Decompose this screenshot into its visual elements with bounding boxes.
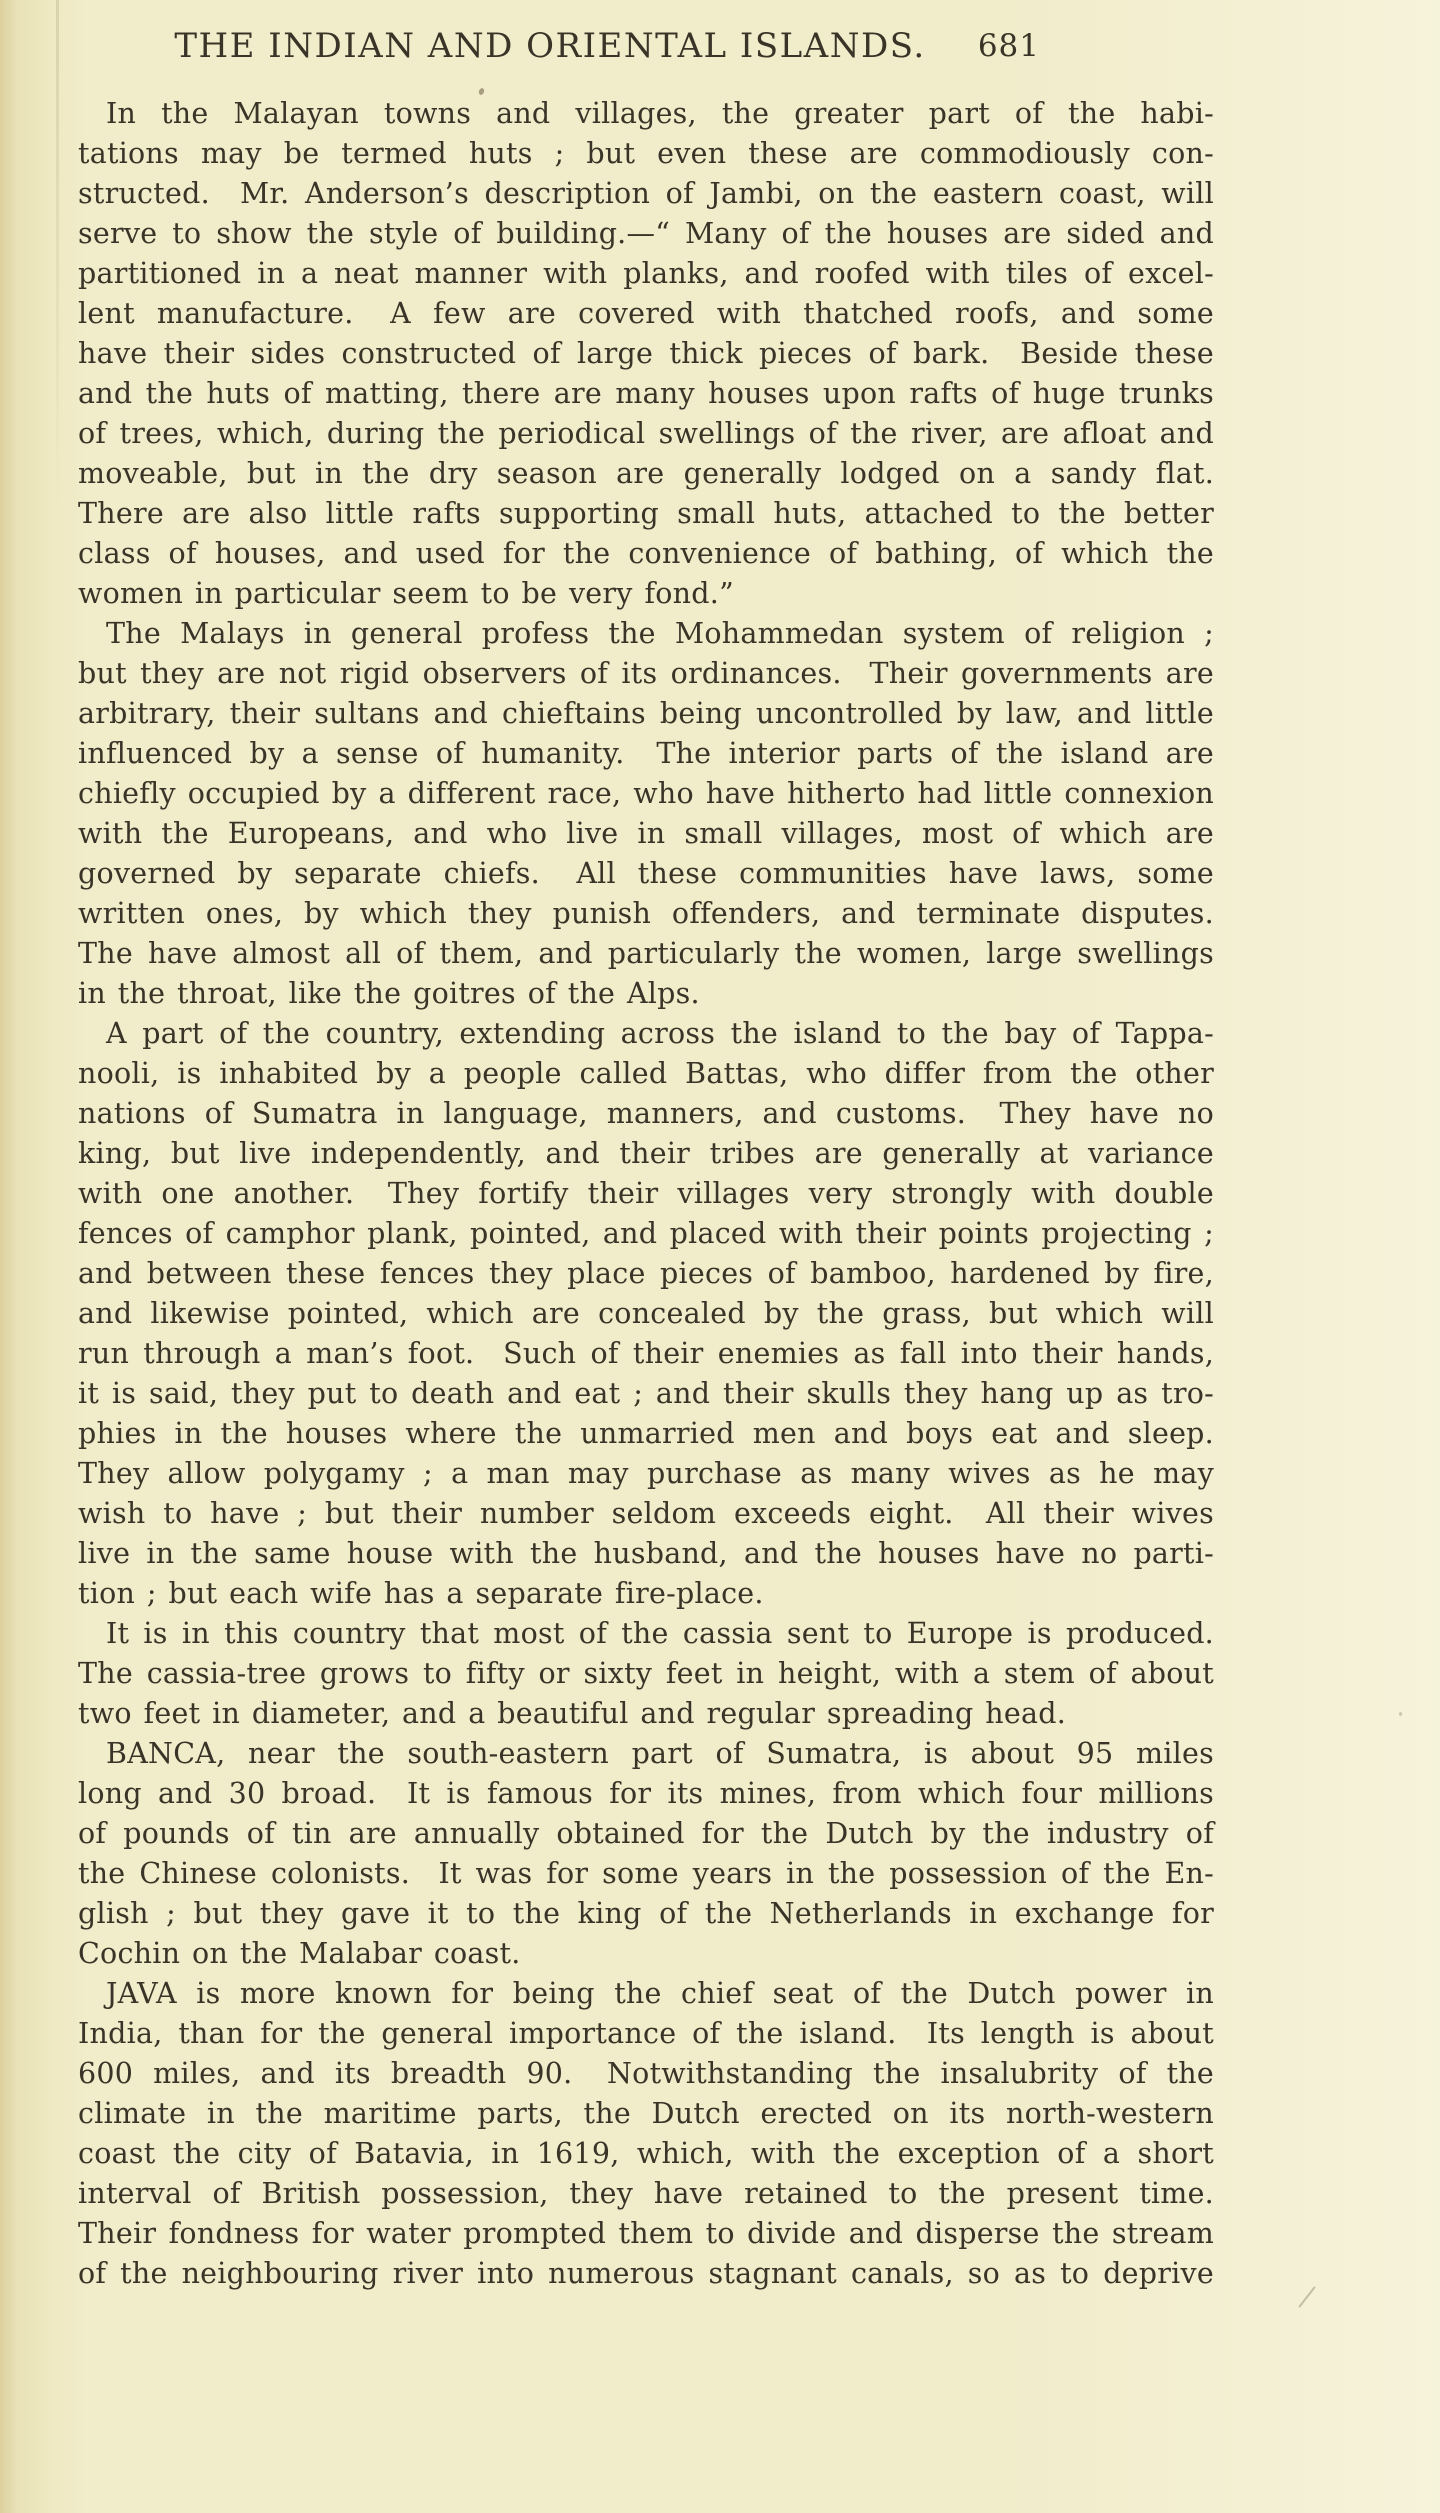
text-line: chiefly occupied by a different race, wh… [78, 774, 1214, 814]
text-line: it is said, they put to death and eat ; … [78, 1374, 1214, 1414]
text-line: in the throat, like the goitres of the A… [78, 974, 1214, 1014]
text-line: have their sides constructed of large th… [78, 334, 1214, 374]
text-line: nations of Sumatra in language, manners,… [78, 1094, 1214, 1134]
text-line: interval of British possession, they hav… [78, 2174, 1214, 2214]
paragraph: In the Malayan towns and villages, the g… [78, 94, 1214, 614]
text-line: Cochin on the Malabar coast. [78, 1934, 1214, 1974]
text-line: with one another. They fortify their vil… [78, 1174, 1214, 1214]
text-line: with the Europeans, and who live in smal… [78, 814, 1214, 854]
text-line: of pounds of tin are annually obtained f… [78, 1814, 1214, 1854]
text-line: of trees, which, during the periodical s… [78, 414, 1214, 454]
text-line: It is in this country that most of the c… [78, 1614, 1214, 1654]
paragraph: A part of the country, extending across … [78, 1014, 1214, 1614]
paragraph: The Malays in general profess the Mohamm… [78, 614, 1214, 1014]
page-speck [1399, 1712, 1402, 1716]
text-line: fences of camphor plank, pointed, and pl… [78, 1214, 1214, 1254]
text-line: and between these fences they place piec… [78, 1254, 1214, 1294]
text-line: influenced by a sense of humanity. The i… [78, 734, 1214, 774]
text-line: In the Malayan towns and villages, the g… [78, 94, 1214, 134]
text-line: tations may be termed huts ; but even th… [78, 134, 1214, 174]
text-line: partitioned in a neat manner with planks… [78, 254, 1214, 294]
text-line: wish to have ; but their number seldom e… [78, 1494, 1214, 1534]
text-line: the Chinese colonists. It was for some y… [78, 1854, 1214, 1894]
text-line: climate in the maritime parts, the Dutch… [78, 2094, 1214, 2134]
text-line: glish ; but they gave it to the king of … [78, 1894, 1214, 1934]
text-line: governed by separate chiefs. All these c… [78, 854, 1214, 894]
page-speck [1298, 2286, 1316, 2308]
text-line: tion ; but each wife has a separate fire… [78, 1574, 1214, 1614]
text-line: lent manufacture. A few are covered with… [78, 294, 1214, 334]
text-line: The cassia-tree grows to fifty or sixty … [78, 1654, 1214, 1694]
text-line: women in particular seem to be very fond… [78, 574, 1214, 614]
text-line: coast the city of Batavia, in 1619, whic… [78, 2134, 1214, 2174]
paragraph: BANCA, near the south-eastern part of Su… [78, 1734, 1214, 1974]
text-line: structed. Mr. Anderson’s description of … [78, 174, 1214, 214]
book-page: THE INDIAN AND ORIENTAL ISLANDS. 681 In … [0, 0, 1440, 2513]
text-line: They allow polygamy ; a man may purchase… [78, 1454, 1214, 1494]
paragraph: It is in this country that most of the c… [78, 1614, 1214, 1734]
text-line: written ones, by which they punish offen… [78, 894, 1214, 934]
text-line: long and 30 broad. It is famous for its … [78, 1774, 1214, 1814]
text-line: India, than for the general importance o… [78, 2014, 1214, 2054]
page-body: In the Malayan towns and villages, the g… [78, 94, 1214, 2294]
text-line: and the huts of matting, there are many … [78, 374, 1214, 414]
text-line: arbitrary, their sultans and chieftains … [78, 694, 1214, 734]
text-line: JAVA is more known for being the chief s… [78, 1974, 1214, 2014]
page-header: THE INDIAN AND ORIENTAL ISLANDS. 681 [0, 26, 1440, 76]
text-line: moveable, but in the dry season are gene… [78, 454, 1214, 494]
running-title: THE INDIAN AND ORIENTAL ISLANDS. [90, 26, 1010, 66]
text-line: nooli, is inhabited by a people called B… [78, 1054, 1214, 1094]
text-line: king, but live independently, and their … [78, 1134, 1214, 1174]
page-crease [56, 0, 59, 520]
text-line: BANCA, near the south-eastern part of Su… [78, 1734, 1214, 1774]
text-line: There are also little rafts supporting s… [78, 494, 1214, 534]
text-line: Their fondness for water prompted them t… [78, 2214, 1214, 2254]
text-line: two feet in diameter, and a beautiful an… [78, 1694, 1214, 1734]
text-line: The have almost all of them, and particu… [78, 934, 1214, 974]
text-line: of the neighbouring river into numerous … [78, 2254, 1214, 2294]
text-line: A part of the country, extending across … [78, 1014, 1214, 1054]
text-line: class of houses, and used for the conven… [78, 534, 1214, 574]
text-line: run through a man’s foot. Such of their … [78, 1334, 1214, 1374]
text-line: serve to show the style of building.—“ M… [78, 214, 1214, 254]
page-number: 681 [978, 28, 1040, 64]
text-line: but they are not rigid observers of its … [78, 654, 1214, 694]
text-line: 600 miles, and its breadth 90. Notwithst… [78, 2054, 1214, 2094]
text-line: live in the same house with the husband,… [78, 1534, 1214, 1574]
text-line: and likewise pointed, which are conceale… [78, 1294, 1214, 1334]
paragraph: JAVA is more known for being the chief s… [78, 1974, 1214, 2294]
text-line: phies in the houses where the unmarried … [78, 1414, 1214, 1454]
text-line: The Malays in general profess the Mohamm… [78, 614, 1214, 654]
